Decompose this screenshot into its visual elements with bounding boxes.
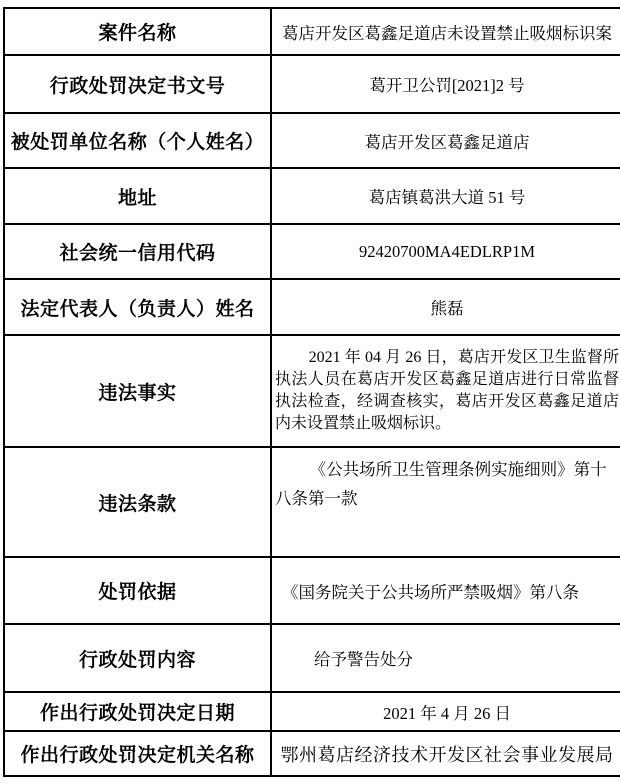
row-value: 《公共场所卫生管理条例实施细则》第十八条第一款: [271, 447, 620, 557]
row-label: 违法条款: [4, 447, 271, 557]
row-value: 92420700MA4EDLRP1M: [271, 224, 620, 279]
row-label: 处罚依据: [4, 557, 271, 624]
table-row: 法定代表人（负责人）姓名 熊磊: [4, 279, 620, 335]
table-row: 行政处罚决定书文号 葛开卫公罚[2021]2 号: [4, 55, 620, 113]
row-label: 行政处罚决定书文号: [4, 55, 271, 113]
row-value: 2021 年 04 月 26 日，葛店开发区卫生监督所执法人员在葛店开发区葛鑫足…: [271, 335, 620, 447]
table-row: 作出行政处罚决定机关名称 鄂州葛店经济技术开发区社会事业发展局: [4, 731, 620, 776]
row-value: 葛店开发区葛鑫足道店未设置禁止吸烟标识案: [271, 8, 620, 55]
row-label: 案件名称: [4, 8, 271, 55]
row-value: 2021 年 4 月 26 日: [271, 692, 620, 731]
row-value: 鄂州葛店经济技术开发区社会事业发展局: [271, 731, 620, 776]
row-label: 作出行政处罚决定日期: [4, 692, 271, 731]
row-label: 社会统一信用代码: [4, 224, 271, 279]
table-row: 案件名称 葛店开发区葛鑫足道店未设置禁止吸烟标识案: [4, 8, 620, 55]
table-row: 行政处罚内容 给予警告处分: [4, 624, 620, 692]
table-row: 社会统一信用代码 92420700MA4EDLRP1M: [4, 224, 620, 279]
row-value: 《国务院关于公共场所严禁吸烟》第八条: [271, 557, 620, 624]
table-row: 违法事实 2021 年 04 月 26 日，葛店开发区卫生监督所执法人员在葛店开…: [4, 335, 620, 447]
row-value: 葛店镇葛洪大道 51 号: [271, 168, 620, 224]
row-value: 葛开卫公罚[2021]2 号: [271, 55, 620, 113]
row-value: 给予警告处分: [271, 624, 620, 692]
row-label: 作出行政处罚决定机关名称: [4, 731, 271, 776]
table-row: 违法条款 《公共场所卫生管理条例实施细则》第十八条第一款: [4, 447, 620, 557]
row-value: 葛店开发区葛鑫足道店: [271, 113, 620, 168]
row-label: 违法事实: [4, 335, 271, 447]
table-row: 处罚依据 《国务院关于公共场所严禁吸烟》第八条: [4, 557, 620, 624]
row-value: 熊磊: [271, 279, 620, 335]
penalty-table-body: 案件名称 葛店开发区葛鑫足道店未设置禁止吸烟标识案 行政处罚决定书文号 葛开卫公…: [4, 8, 620, 776]
row-label: 行政处罚内容: [4, 624, 271, 692]
table-row: 被处罚单位名称（个人姓名） 葛店开发区葛鑫足道店: [4, 113, 620, 168]
row-label: 被处罚单位名称（个人姓名）: [4, 113, 271, 168]
penalty-table: 案件名称 葛店开发区葛鑫足道店未设置禁止吸烟标识案 行政处罚决定书文号 葛开卫公…: [3, 7, 620, 777]
row-label: 地址: [4, 168, 271, 224]
table-row: 地址 葛店镇葛洪大道 51 号: [4, 168, 620, 224]
row-label: 法定代表人（负责人）姓名: [4, 279, 271, 335]
table-row: 作出行政处罚决定日期 2021 年 4 月 26 日: [4, 692, 620, 731]
